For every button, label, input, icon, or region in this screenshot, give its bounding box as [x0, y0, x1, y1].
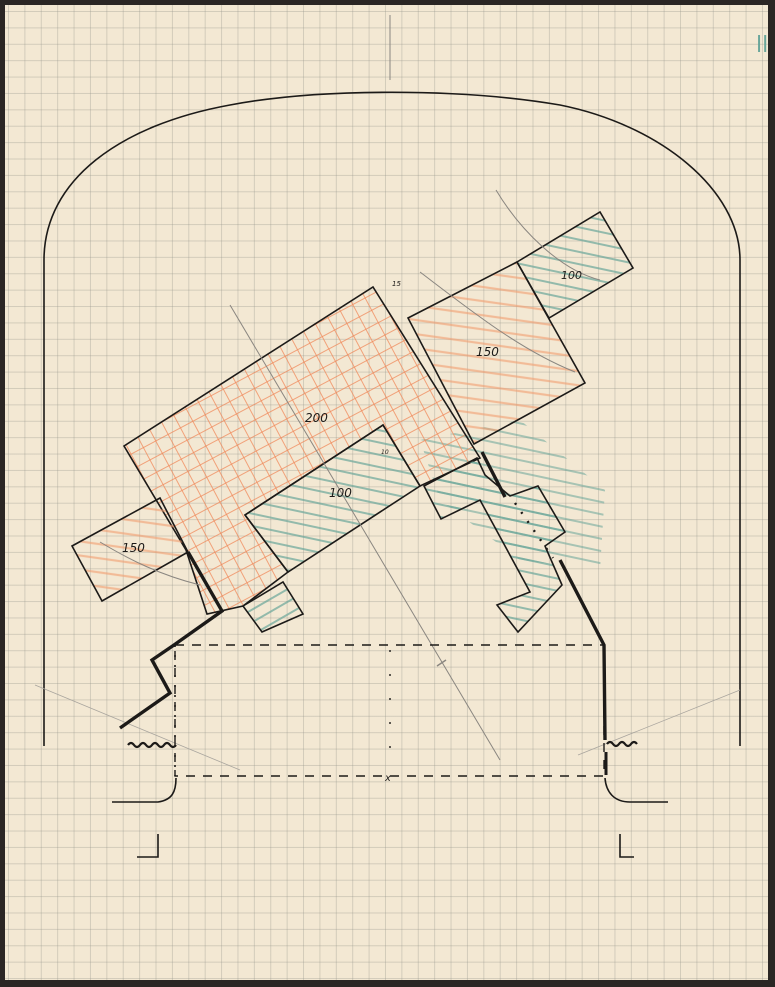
- dashed-room-outline: [175, 645, 604, 776]
- wavy-threshold-right: [607, 742, 637, 746]
- label-200: 200: [305, 411, 328, 425]
- label-axis-x: x: [384, 773, 391, 784]
- label-150-left: 150: [122, 541, 145, 555]
- label-100-center: 100: [329, 486, 352, 500]
- floor-plan-sketch: 200 150 100 100 150 15 10 x ll: [0, 0, 775, 987]
- corner-mark-right: [620, 834, 634, 857]
- label-100-top: 100: [561, 269, 582, 282]
- wavy-threshold-left: [128, 743, 176, 747]
- corner-pencil-mark: ll: [756, 33, 768, 58]
- label-dim-10: 10: [381, 449, 389, 456]
- label-dim-15: 15: [392, 280, 401, 288]
- corner-mark-left: [137, 834, 158, 857]
- label-150-upper: 150: [476, 345, 499, 359]
- heavy-wall-right: [560, 560, 605, 740]
